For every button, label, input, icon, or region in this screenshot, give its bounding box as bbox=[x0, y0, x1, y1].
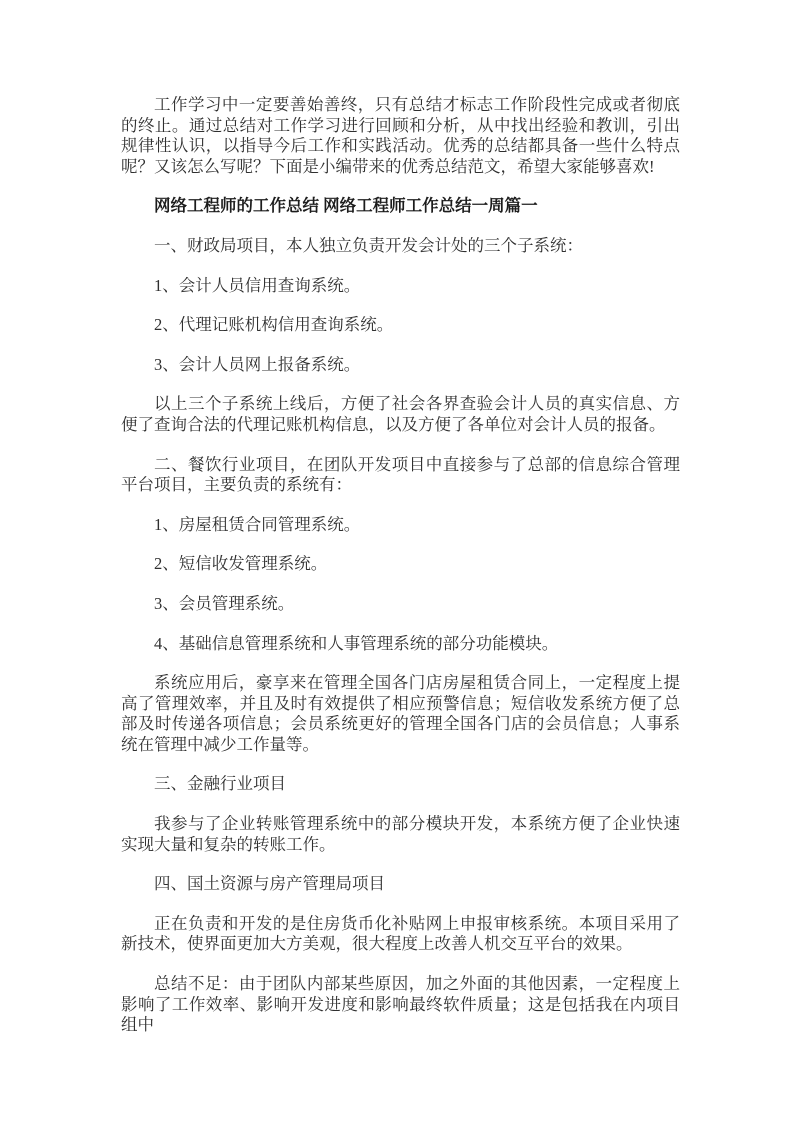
document-content: 工作学习中一定要善始善终，只有总结才标志工作阶段性完成或者彻底的终止。通过总结对… bbox=[121, 95, 680, 1036]
paragraph: 2、短信收发管理系统。 bbox=[121, 554, 680, 575]
paragraph: 总结不足：由于团队内部某些原因，加之外面的其他因素，一定程度上影响了工作效率、影… bbox=[121, 974, 680, 1036]
paragraph: 二、餐饮行业项目，在团队开发项目中直接参与了总部的信息综合管理平台项目，主要负责… bbox=[121, 455, 680, 496]
paragraph: 三、金融行业项目 bbox=[121, 774, 680, 795]
paragraph: 3、会计人员网上报备系统。 bbox=[121, 355, 680, 376]
paragraph: 以上三个子系统上线后，方便了社会各界查验会计人员的真实信息、方便了查询合法的代理… bbox=[121, 394, 680, 435]
paragraph: 我参与了企业转账管理系统中的部分模块开发，本系统方便了企业快速实现大量和复杂的转… bbox=[121, 814, 680, 855]
paragraph: 正在负责和开发的是住房货币化补贴网上申报审核系统。本项目采用了新技术，使界面更加… bbox=[121, 914, 680, 955]
paragraph: 4、基础信息管理系统和人事管理系统的部分功能模块。 bbox=[121, 634, 680, 655]
document-heading: 网络工程师的工作总结 网络工程师工作总结一周篇一 bbox=[121, 196, 680, 217]
paragraph: 一、财政局项目，本人独立负责开发会计处的三个子系统： bbox=[121, 236, 680, 257]
paragraph: 系统应用后，豪享来在管理全国各门店房屋租赁合同上，一定程度上提高了管理效率，并且… bbox=[121, 673, 680, 755]
paragraph: 工作学习中一定要善始善终，只有总结才标志工作阶段性完成或者彻底的终止。通过总结对… bbox=[121, 95, 680, 177]
paragraph: 1、房屋租赁合同管理系统。 bbox=[121, 515, 680, 536]
paragraph: 3、会员管理系统。 bbox=[121, 594, 680, 615]
paragraph: 1、会计人员信用查询系统。 bbox=[121, 276, 680, 297]
paragraph: 四、国土资源与房产管理局项目 bbox=[121, 874, 680, 895]
document-page: 工作学习中一定要善始善终，只有总结才标志工作阶段性完成或者彻底的终止。通过总结对… bbox=[0, 0, 800, 1132]
paragraph: 2、代理记账机构信用查询系统。 bbox=[121, 315, 680, 336]
